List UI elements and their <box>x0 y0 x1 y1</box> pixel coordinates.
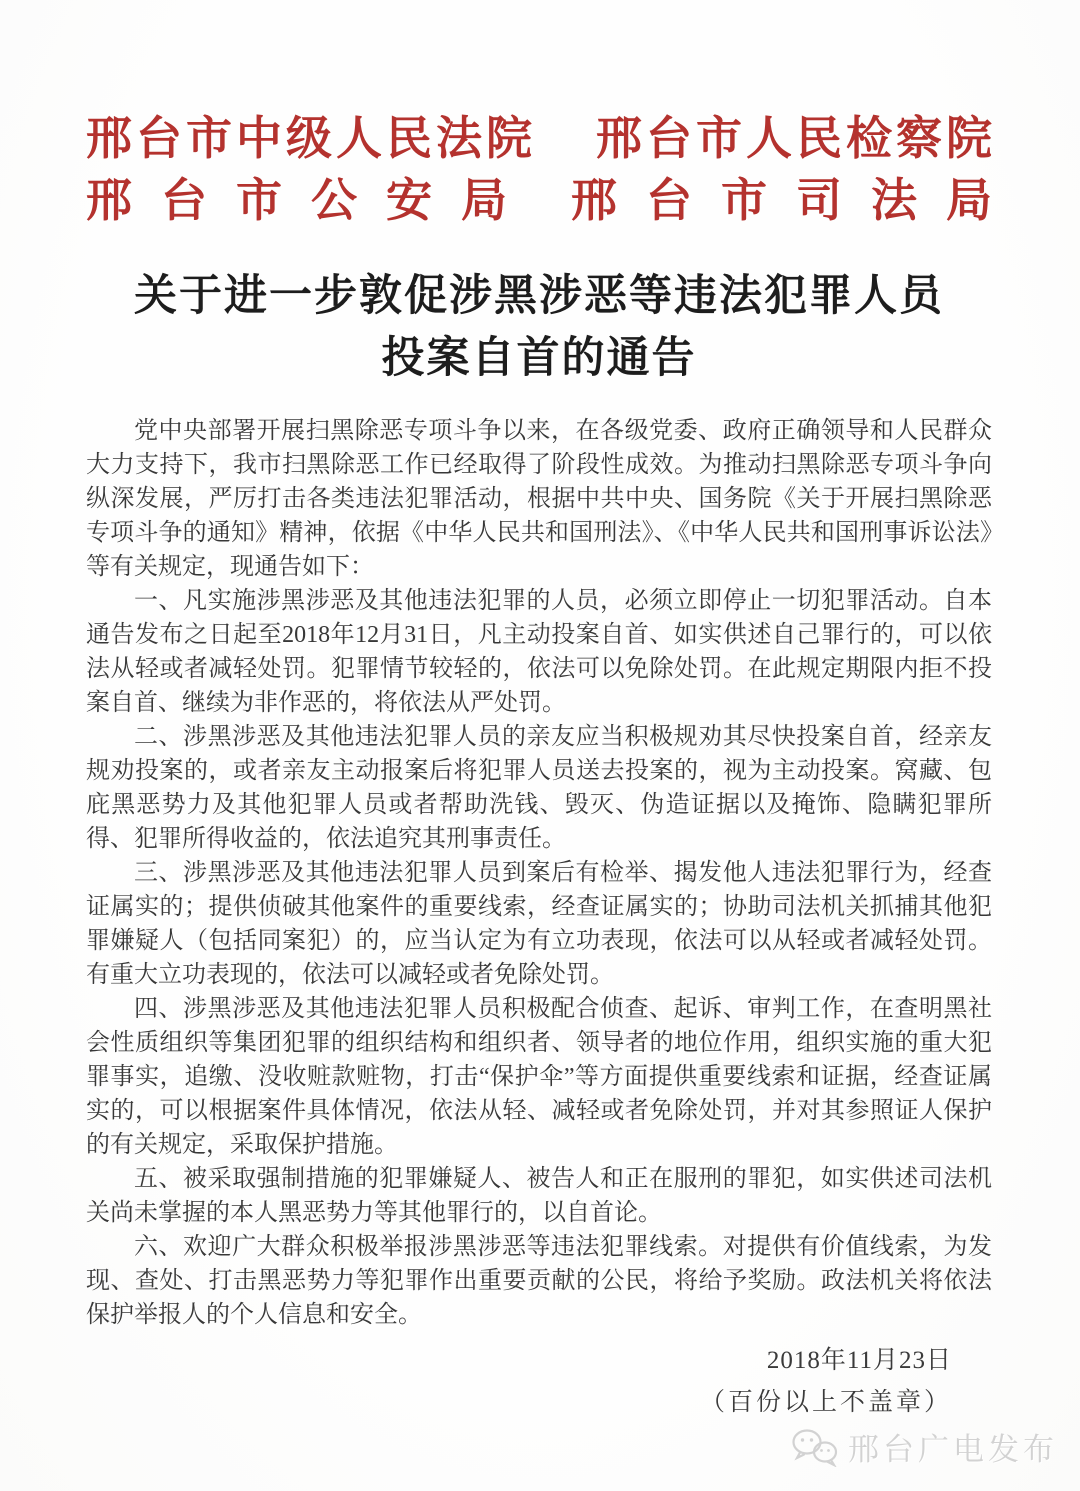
publisher-watermark: 邢台广电发布 <box>790 1424 1058 1469</box>
notice-title: 关于进一步敦促涉黑涉恶等违法犯罪人员 投案自首的通告 <box>86 266 992 390</box>
issuing-agencies-header: 邢台市中级人民法院 邢台市人民检察院 邢台市公安局 邢台市司法局 <box>86 108 992 230</box>
publisher-name: 邢台广电发布 <box>848 1424 1058 1469</box>
paragraph-clause-6: 六、欢迎广大群众积极举报涉黑涉恶等违法犯罪线索。对提供有价值线索，为发现、查处、… <box>86 1230 992 1332</box>
paragraph-clause-4: 四、涉黑涉恶及其他违法犯罪人员积极配合侦查、起诉、审判工作，在查明黑社会性质组织… <box>86 992 992 1162</box>
paragraph-clause-3: 三、涉黑涉恶及其他违法犯罪人员到案后有检举、揭发他人违法犯罪行为，经查证属实的；… <box>86 856 992 992</box>
issue-date: 2018年11月23日 <box>86 1340 952 1382</box>
paragraph-clause-1: 一、凡实施涉黑涉恶及其他违法犯罪的人员，必须立即停止一切犯罪活动。自本通告发布之… <box>86 584 992 720</box>
issuer-row-1: 邢台市中级人民法院 邢台市人民检察院 <box>86 108 992 168</box>
signoff-block: 2018年11月23日 （百份以上不盖章） <box>86 1340 992 1424</box>
notice-body: 党中央部署开展扫黑除恶专项斗争以来，在各级党委、政府正确领导和人民群众大力支持下… <box>86 414 992 1332</box>
issuer-intermediate-court: 邢台市中级人民法院 <box>86 108 536 168</box>
wechat-icon <box>790 1427 840 1467</box>
notice-title-line-2: 投案自首的通告 <box>86 328 992 390</box>
paragraph-clause-2: 二、涉黑涉恶及其他违法犯罪人员的亲友应当积极规劝其尽快投案自首，经亲友规劝投案的… <box>86 720 992 856</box>
paragraph-clause-5: 五、被采取强制措施的犯罪嫌疑人、被告人和正在服刑的罪犯，如实供述司法机关尚未掌握… <box>86 1162 992 1230</box>
paragraph-preamble: 党中央部署开展扫黑除恶专项斗争以来，在各级党委、政府正确领导和人民群众大力支持下… <box>86 414 992 584</box>
notice-document-page: 邢台市中级人民法院 邢台市人民检察院 邢台市公安局 邢台市司法局 关于进一步敦促… <box>0 0 1080 1491</box>
issuer-public-security-bureau: 邢台市公安局 <box>86 170 536 230</box>
seal-exemption-note: （百份以上不盖章） <box>86 1382 952 1424</box>
issuer-justice-bureau: 邢台市司法局 <box>571 170 1021 230</box>
issuer-row-2: 邢台市公安局 邢台市司法局 <box>86 170 992 230</box>
issuer-procuratorate: 邢台市人民检察院 <box>596 108 996 168</box>
notice-title-line-1: 关于进一步敦促涉黑涉恶等违法犯罪人员 <box>86 266 992 328</box>
